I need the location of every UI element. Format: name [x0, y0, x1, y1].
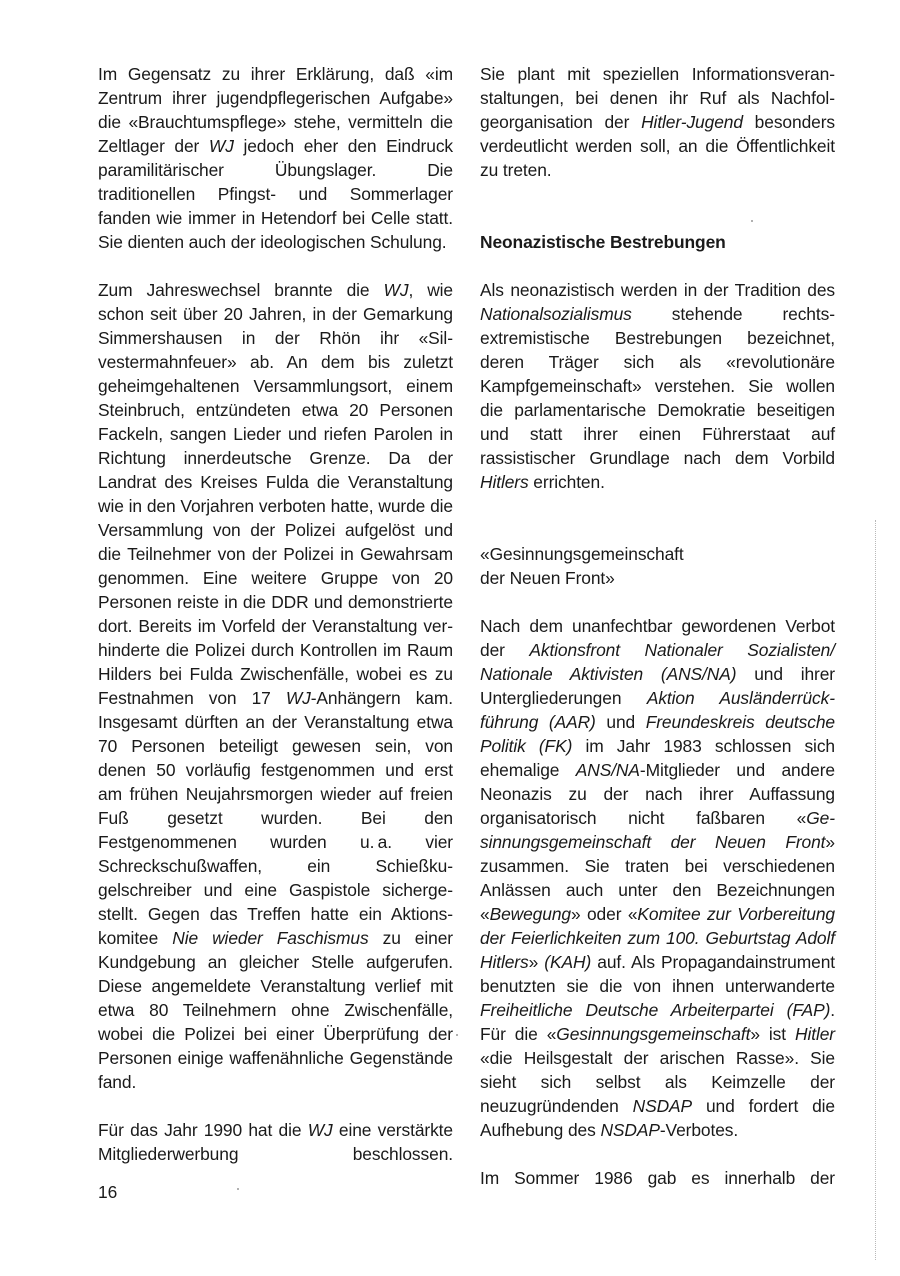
subheading-line-2: der Neuen Front» — [480, 568, 615, 588]
paragraph-wj-new-year-fire: Zum Jahreswechsel brannte die WJ, wie sc… — [98, 278, 453, 1094]
italic-term: Hitler — [795, 1024, 835, 1044]
subheading-gnf: «Gesinnungsgemeinschaft der Neuen Front» — [480, 542, 835, 590]
italic-term: (KAH) — [544, 952, 591, 972]
subheading-line-1: «Gesinnungsgemeinschaft — [480, 544, 684, 564]
italic-term: Gesinnungs­gemeinschaft — [556, 1024, 750, 1044]
italic-term: NSDAP — [633, 1096, 692, 1116]
italic-term: Bewegung — [490, 904, 571, 924]
italic-term: WJ — [308, 1120, 333, 1140]
page-number: 16 — [98, 1180, 117, 1204]
italic-term: WJ — [286, 688, 311, 708]
left-column: Im Gegensatz zu ihrer Erklärung, daß «im… — [98, 62, 453, 1166]
paragraph-wj-information-events: Sie plant mit speziellen Informationsver… — [480, 62, 835, 182]
scan-margin-dotted-line — [875, 520, 876, 1260]
italic-term: Nie wieder Faschismus — [172, 928, 368, 948]
section-heading-neonazi-efforts: Neonazistische Bestrebungen — [480, 230, 835, 254]
paragraph-neonazi-definition: Als neonazistisch werden in der Traditio… — [480, 278, 835, 494]
italic-term: Aktionsfront Nationaler Sozialisten/ Nat… — [480, 640, 835, 684]
italic-term: Nationalsozialismus — [480, 304, 632, 324]
scan-speck — [237, 1188, 239, 1190]
italic-term: NSDAP — [600, 1120, 659, 1140]
italic-term: Freiheitliche Deutsche Ar­beiterpartei (… — [480, 1000, 830, 1020]
scan-speck — [751, 220, 753, 222]
italic-term: ANS/NA — [576, 760, 640, 780]
paragraph-summer-1986: Im Sommer 1986 gab es innerhalb der — [480, 1166, 835, 1190]
scan-speck — [456, 1034, 458, 1036]
italic-term: WJ — [384, 280, 409, 300]
paragraph-gnf-founding: Nach dem unanfechtbar gewordenen Ver­bot… — [480, 614, 835, 1142]
paragraph-wj-1990-recruitment: Für das Jahr 1990 hat die WJ eine ver­st… — [98, 1118, 453, 1166]
italic-term: Hitlers — [480, 472, 529, 492]
right-column: Sie plant mit speziellen Informationsver… — [480, 62, 835, 1190]
italic-term: WJ — [209, 136, 234, 156]
italic-term: Hitler-Jugend — [641, 112, 743, 132]
document-page: Im Gegensatz zu ihrer Erklärung, daß «im… — [0, 0, 900, 1276]
italic-term: Ge­sinnungsgemeinschaft der Neuen Front — [480, 808, 835, 852]
paragraph-wj-summer-camps: Im Gegensatz zu ihrer Erklärung, daß «im… — [98, 62, 453, 254]
